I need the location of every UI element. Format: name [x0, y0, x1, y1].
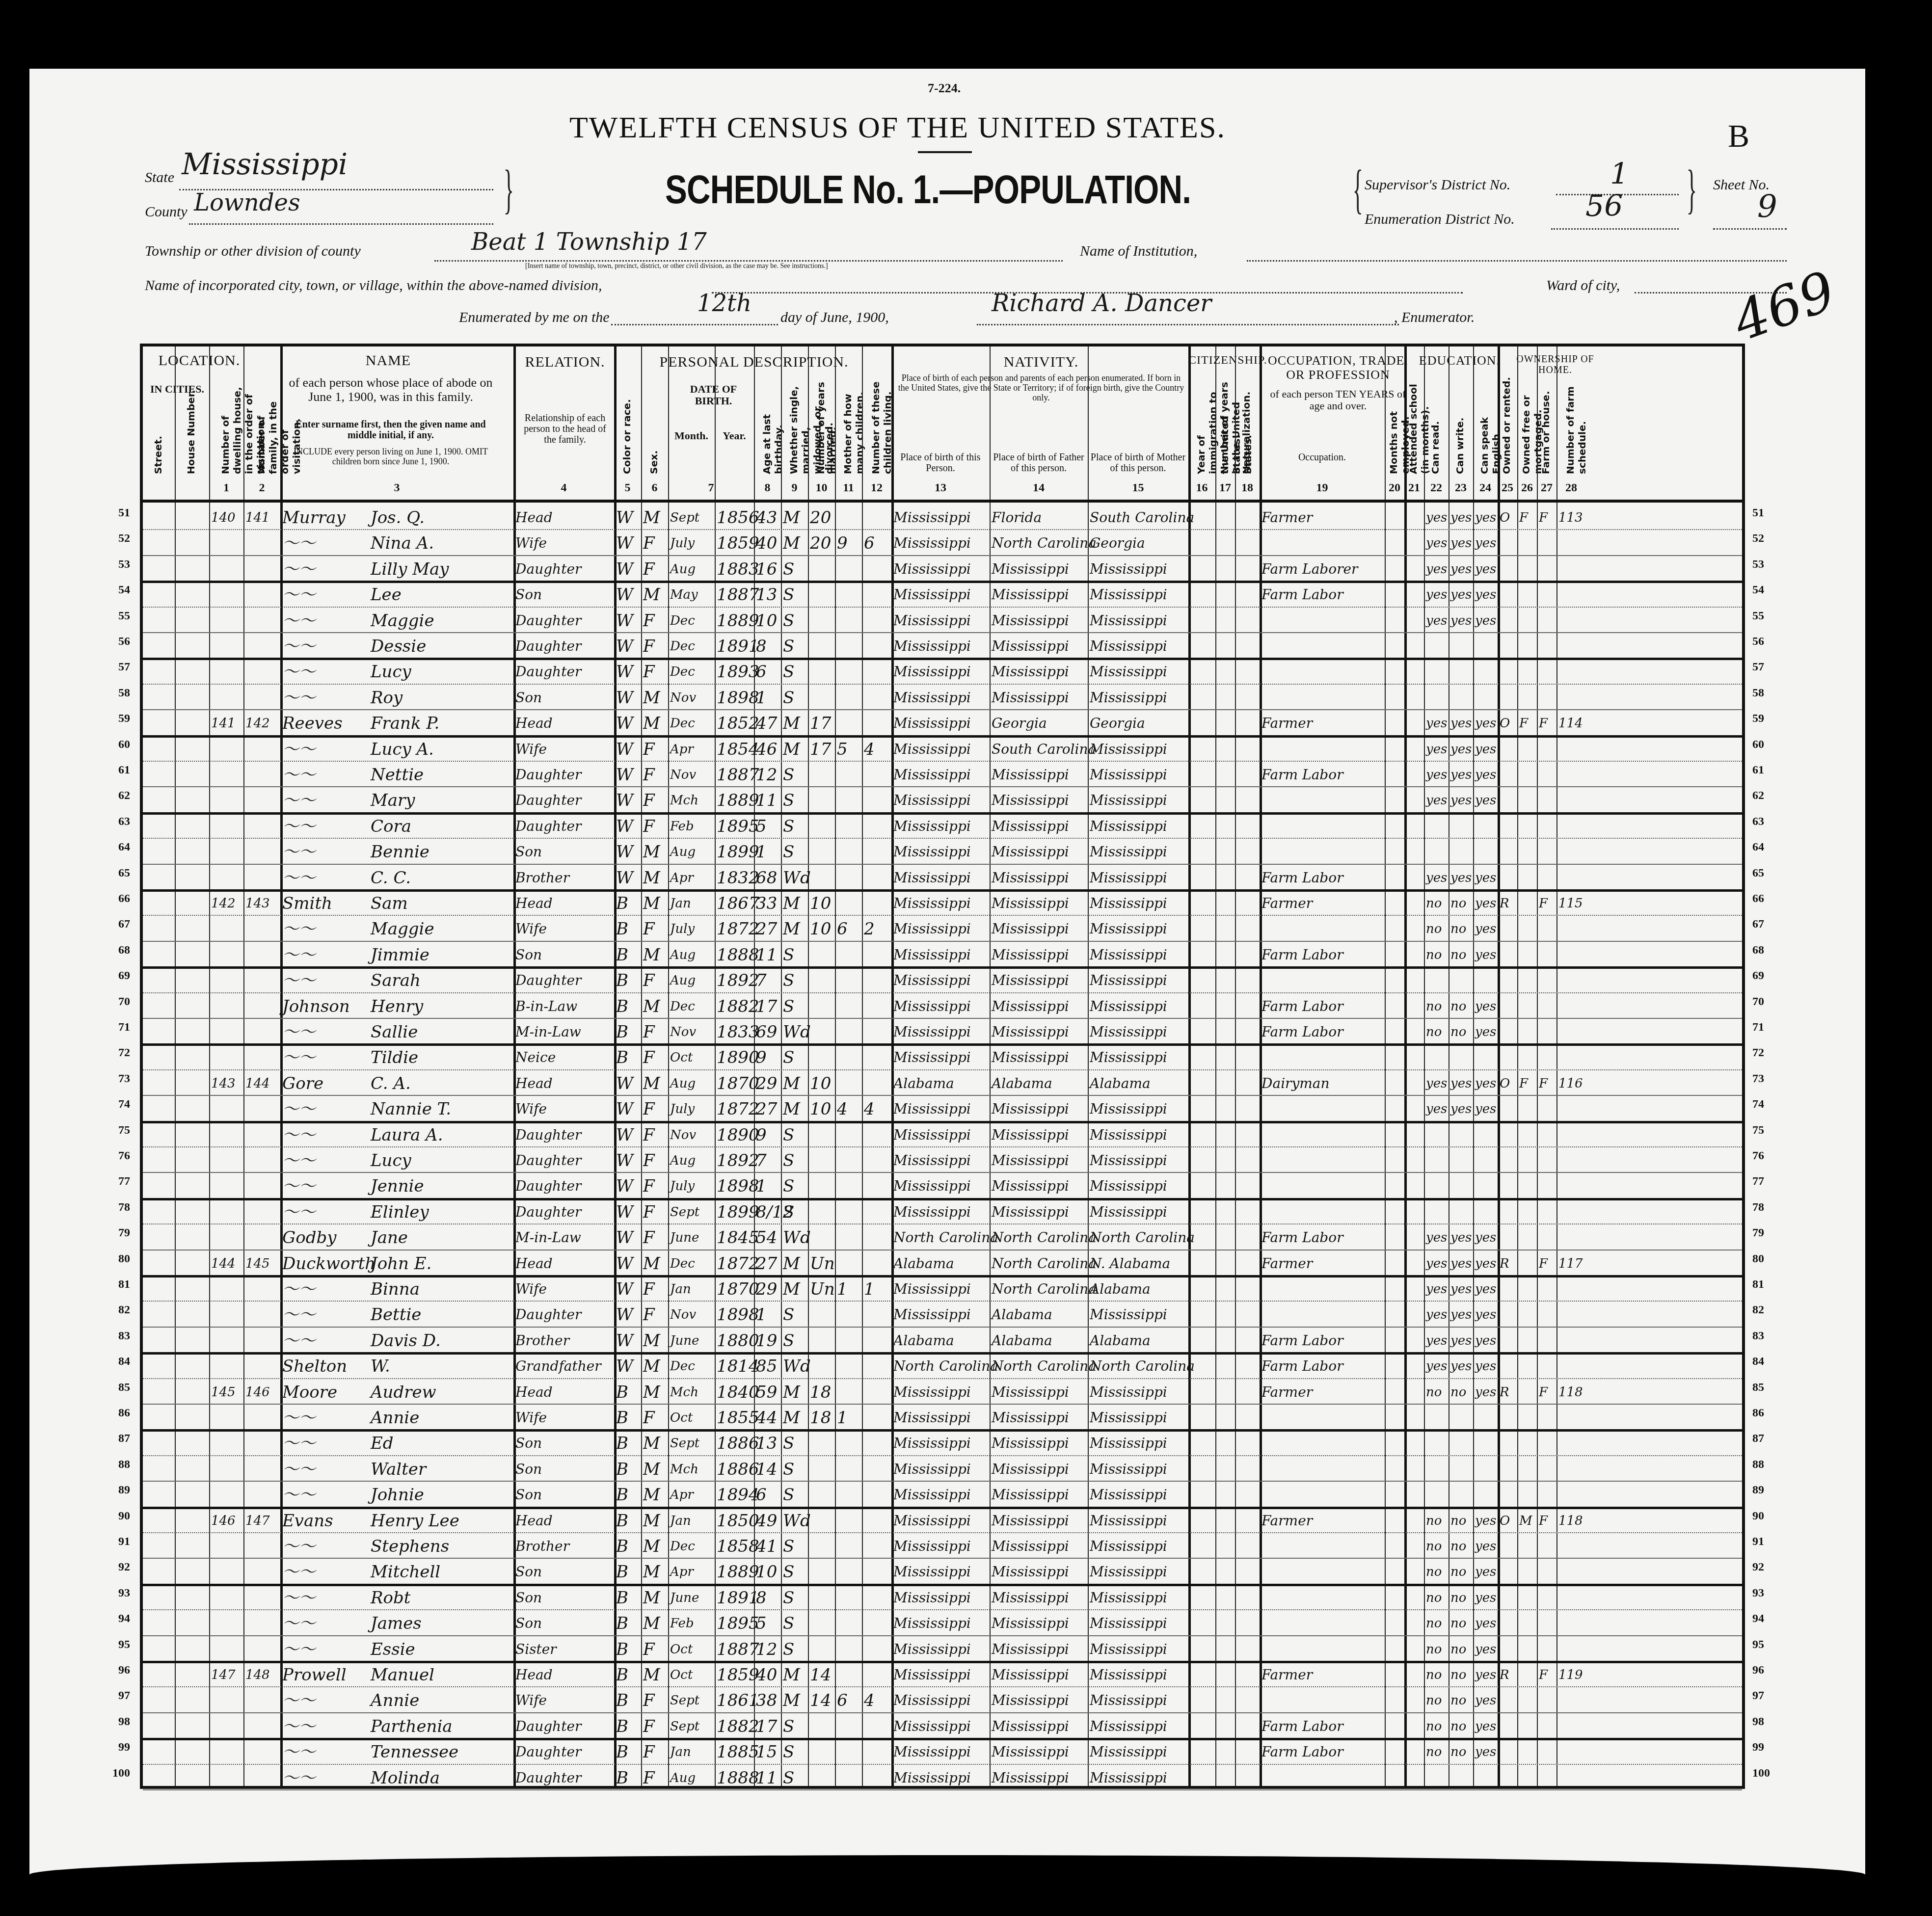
county-label: County [145, 204, 188, 220]
sex-cell: F [643, 966, 667, 992]
dwelling-cell [211, 1738, 242, 1763]
schedule-cell [1558, 1404, 1585, 1429]
birth-cell: Alabama [893, 1250, 989, 1275]
living-cell: 4 [864, 1686, 890, 1712]
given-name: Bennie [371, 842, 429, 862]
yrs-married-cell [810, 1146, 834, 1172]
mother-birth-cell: North Carolina [1090, 1224, 1187, 1249]
name-cell: 〜〜Davis D. [282, 1327, 512, 1352]
owned-cell: R [1500, 1661, 1516, 1686]
mother-of-cell [837, 1532, 861, 1558]
living-cell [864, 1635, 890, 1661]
dwelling-cell [211, 1352, 242, 1378]
father-birth-cell: North Carolina [992, 1352, 1087, 1378]
birth-cell: Mississippi [893, 864, 989, 889]
occupation-cell [1261, 1043, 1384, 1069]
mother-of-cell [837, 1018, 861, 1043]
name-cell: GoreC. A. [282, 1069, 512, 1095]
occupation-cell [1261, 966, 1384, 992]
month-cell: Apr [670, 864, 714, 889]
occupation-cell: Farm Labor [1261, 1018, 1384, 1043]
month-cell: Dec [670, 1250, 714, 1275]
living-cell [864, 1609, 890, 1635]
living-cell: 6 [864, 529, 890, 555]
name-cell: 〜〜Tildie [282, 1043, 512, 1069]
marital-cell: S [783, 1043, 807, 1069]
sex-cell: M [643, 941, 667, 966]
family-cell [245, 684, 279, 709]
father-birth-cell: Mississippi [992, 761, 1087, 786]
schedule-cell [1558, 864, 1585, 889]
yrs-married-cell: Un [810, 1275, 834, 1301]
relation-cell: Head [515, 504, 613, 529]
read-cell [1426, 966, 1448, 992]
schedule-cell [1558, 761, 1585, 786]
month-cell: Aug [670, 1764, 714, 1789]
write-cell [1450, 1198, 1472, 1224]
given-name: Tennessee [371, 1742, 458, 1762]
marital-cell: S [783, 684, 807, 709]
year-cell: 1855 [717, 1404, 753, 1429]
english-cell: yes [1475, 1584, 1497, 1609]
occupation-cell: Farm Labor [1261, 1224, 1384, 1249]
table-row: 〜〜JamesSonBMFeb18955SMississippiMississi… [143, 1609, 1742, 1636]
family-cell [245, 1481, 279, 1506]
free-cell [1519, 1584, 1536, 1609]
form-code: 7-224. [928, 81, 961, 96]
father-birth-cell: Mississippi [992, 1532, 1087, 1558]
family-cell [245, 1352, 279, 1378]
age-cell: 19 [756, 1327, 780, 1352]
write-cell: no [1450, 1661, 1472, 1686]
write-cell: no [1450, 1378, 1472, 1404]
dwelling-cell: 141 [211, 709, 242, 735]
race-cell: W [616, 1250, 640, 1275]
race-cell: B [616, 941, 640, 966]
race-cell: W [616, 1327, 640, 1352]
occupation-cell: Farm Labor [1261, 1738, 1384, 1763]
english-cell: yes [1475, 1507, 1497, 1532]
free-cell [1519, 1121, 1536, 1146]
english-cell [1475, 1121, 1497, 1146]
birth-cell: Mississippi [893, 1404, 989, 1429]
age-cell: 40 [756, 529, 780, 555]
occupation-cell [1261, 1429, 1384, 1455]
enumerated-middle: day of June, 1900, [780, 309, 889, 326]
relation-cell: Neice [515, 1043, 613, 1069]
given-name: Jane [371, 1228, 408, 1248]
write-cell [1450, 966, 1472, 992]
english-cell: yes [1475, 1224, 1497, 1249]
read-cell: yes [1426, 1069, 1448, 1095]
mother-birth-cell: Alabama [1090, 1069, 1187, 1095]
mother-of-cell [837, 658, 861, 683]
title-ornament [918, 151, 972, 153]
owned-cell [1500, 1095, 1516, 1120]
free-cell: M [1519, 1507, 1536, 1532]
owned-cell [1500, 1686, 1516, 1712]
relation-cell: Daughter [515, 1198, 613, 1224]
relation-cell: Son [515, 581, 613, 606]
line-number: 69 [106, 969, 130, 983]
given-name: Annie [371, 1408, 419, 1428]
mother-of-cell [837, 761, 861, 786]
farm-cell: F [1539, 1250, 1556, 1275]
given-name: Dessie [371, 637, 426, 656]
living-cell [864, 1455, 890, 1481]
dwelling-cell: 147 [211, 1661, 242, 1686]
birth-cell: Mississippi [893, 1507, 989, 1532]
table-row: 〜〜BinnaWifeWFJan187029MUn11MississippiNo… [143, 1275, 1742, 1302]
mother-birth-cell: Georgia [1090, 529, 1187, 555]
name-cell: 〜〜Johnie [282, 1481, 512, 1506]
marital-cell: S [783, 1172, 807, 1197]
marital-cell: M [783, 1275, 807, 1301]
name-cell: 〜〜Maggie [282, 607, 512, 632]
owned-cell [1500, 1635, 1516, 1661]
relation-cell: Wife [515, 1686, 613, 1712]
name-cell: SmithSam [282, 889, 512, 915]
year-cell: 1889 [717, 607, 753, 632]
relation-cell: Daughter [515, 1712, 613, 1738]
living-cell [864, 1069, 890, 1095]
surname: 〜〜 [282, 1429, 371, 1458]
mother-birth-cell: Mississippi [1090, 1018, 1187, 1043]
given-name: Davis D. [371, 1331, 441, 1351]
line-number: 62 [106, 789, 130, 802]
enumeration-label: Enumeration District No. [1365, 211, 1515, 228]
schedule-cell [1558, 915, 1585, 940]
column-label: Place of birth of this Person. [891, 452, 990, 474]
month-cell: Sept [670, 1712, 714, 1738]
month-cell: Aug [670, 555, 714, 581]
given-name: Binna [371, 1279, 420, 1299]
name-cell: 〜〜C. C. [282, 864, 512, 889]
family-cell [245, 1558, 279, 1583]
line-number: 63 [106, 815, 130, 828]
free-cell [1519, 735, 1536, 761]
age-cell: 33 [756, 889, 780, 915]
mother-birth-cell: Alabama [1090, 1327, 1187, 1352]
race-cell: W [616, 632, 640, 658]
name-cell: 〜〜Sarah [282, 966, 512, 992]
year-cell: 1883 [717, 555, 753, 581]
race-cell: W [616, 1146, 640, 1172]
read-cell: yes [1426, 607, 1448, 632]
read-cell: no [1426, 1558, 1448, 1583]
line-number: 98 [106, 1715, 130, 1729]
age-cell: 27 [756, 1095, 780, 1120]
farm-cell: F [1539, 1661, 1556, 1686]
birth-cell: Mississippi [893, 709, 989, 735]
group-nativity: NATIVITY. [894, 354, 1188, 370]
farm-cell [1539, 1172, 1556, 1197]
read-cell: no [1426, 1018, 1448, 1043]
mother-birth-cell: Mississippi [1090, 607, 1187, 632]
english-cell [1475, 1043, 1497, 1069]
schedule-cell [1558, 812, 1585, 838]
father-birth-cell: Mississippi [992, 1764, 1087, 1789]
age-cell: 11 [756, 786, 780, 812]
surname: 〜〜 [282, 1121, 371, 1149]
line-number: 100 [1752, 1767, 1770, 1780]
line-number: 86 [106, 1407, 130, 1420]
line-number: 94 [1752, 1612, 1764, 1625]
english-cell: yes [1475, 1738, 1497, 1763]
supervisor-value: 1 [1610, 157, 1629, 191]
month-cell: Dec [670, 632, 714, 658]
month-cell: Nov [670, 761, 714, 786]
read-cell: yes [1426, 581, 1448, 606]
table-row: 〜〜TildieNeiceBFOct18909SMississippiMissi… [143, 1043, 1742, 1070]
free-cell [1519, 1275, 1536, 1301]
given-name: Henry [371, 997, 423, 1016]
owned-cell [1500, 735, 1516, 761]
relation-cell: Daughter [515, 1146, 613, 1172]
living-cell [864, 1352, 890, 1378]
write-cell: yes [1450, 1250, 1472, 1275]
owned-cell [1500, 1404, 1516, 1429]
surname: Duckworth [282, 1250, 371, 1278]
yrs-married-cell: 18 [810, 1378, 834, 1404]
column-label: Farm or house. [1540, 376, 1552, 474]
marital-cell: S [783, 1558, 807, 1583]
father-birth-cell: Mississippi [992, 607, 1087, 632]
write-cell: yes [1450, 555, 1472, 581]
free-cell: F [1519, 1069, 1536, 1095]
dob-year-label: Year. [715, 430, 754, 442]
english-cell [1475, 1198, 1497, 1224]
sex-cell: F [643, 1146, 667, 1172]
name-cell: 〜〜Molinda [282, 1764, 512, 1789]
age-cell: 1 [756, 838, 780, 863]
marital-cell: S [783, 1584, 807, 1609]
race-cell: B [616, 889, 640, 915]
ward-label: Ward of city, [1546, 277, 1620, 294]
enumerator-name: Richard A. Dancer [992, 290, 1211, 317]
occupation-cell [1261, 684, 1384, 709]
schedule-cell [1558, 1455, 1585, 1481]
table-row: 〜〜Lucy A.WifeWFApr185446M1754Mississippi… [143, 735, 1742, 762]
read-cell [1426, 1455, 1448, 1481]
occupation-cell: Farmer [1261, 1378, 1384, 1404]
free-cell [1519, 1455, 1536, 1481]
read-cell: yes [1426, 1327, 1448, 1352]
column-number: 18 [1235, 481, 1260, 495]
year-cell: 1895 [717, 812, 753, 838]
relation-cell: Wife [515, 915, 613, 940]
birth-cell: Mississippi [893, 1172, 989, 1197]
sex-cell: F [643, 1404, 667, 1429]
living-cell: 4 [864, 1095, 890, 1120]
marital-cell: M [783, 915, 807, 940]
occupation-cell: Farmer [1261, 1250, 1384, 1275]
yrs-married-cell [810, 1018, 834, 1043]
english-cell: yes [1475, 709, 1497, 735]
free-cell [1519, 1429, 1536, 1455]
race-cell: B [616, 1661, 640, 1686]
name-cell: 〜〜Nettie [282, 761, 512, 786]
sex-cell: M [643, 1429, 667, 1455]
birth-cell: Mississippi [893, 1301, 989, 1326]
english-cell: yes [1475, 1327, 1497, 1352]
read-cell [1426, 1481, 1448, 1506]
english-cell [1475, 1455, 1497, 1481]
write-cell [1450, 632, 1472, 658]
yrs-married-cell [810, 555, 834, 581]
given-name: Lucy [371, 1151, 411, 1171]
mother-birth-cell: Mississippi [1090, 1455, 1187, 1481]
occupation-cell: Farm Labor [1261, 864, 1384, 889]
year-cell: 1891 [717, 632, 753, 658]
marital-cell: S [783, 1455, 807, 1481]
race-cell: W [616, 1275, 640, 1301]
read-cell: no [1426, 1378, 1448, 1404]
table-row: 〜〜RoySonWMNov18981SMississippiMississipp… [143, 684, 1742, 710]
line-number: 65 [1752, 867, 1764, 880]
father-birth-cell: Mississippi [992, 1172, 1087, 1197]
race-cell: B [616, 1404, 640, 1429]
write-cell [1450, 1764, 1472, 1789]
schedule-cell [1558, 966, 1585, 992]
marital-cell: S [783, 632, 807, 658]
population-table: LOCATION. IN CITIES. NAME of each person… [140, 344, 1745, 1789]
age-cell: 12 [756, 1635, 780, 1661]
line-number: 51 [1752, 506, 1764, 520]
birth-cell: Mississippi [893, 786, 989, 812]
line-number: 92 [1752, 1561, 1764, 1574]
age-cell: 27 [756, 915, 780, 940]
race-cell: B [616, 992, 640, 1018]
line-number: 69 [1752, 969, 1764, 983]
yrs-married-cell [810, 992, 834, 1018]
schedule-cell [1558, 529, 1585, 555]
year-cell: 1886 [717, 1455, 753, 1481]
father-birth-cell: Alabama [992, 1069, 1087, 1095]
line-number: 61 [1752, 764, 1764, 777]
line-number: 76 [106, 1149, 130, 1163]
birth-cell: Mississippi [893, 1198, 989, 1224]
schedule-cell [1558, 838, 1585, 863]
name-cell: JohnsonHenry [282, 992, 512, 1018]
schedule-cell [1558, 1738, 1585, 1763]
birth-cell: Mississippi [893, 1455, 989, 1481]
line-number: 64 [106, 841, 130, 854]
line-number: 78 [106, 1201, 130, 1214]
dwelling-cell: 140 [211, 504, 242, 529]
yrs-married-cell [810, 1043, 834, 1069]
age-cell: 41 [756, 1532, 780, 1558]
column-number: 5 [614, 481, 641, 495]
sex-cell: M [643, 864, 667, 889]
month-cell: Nov [670, 1018, 714, 1043]
month-cell: Aug [670, 1069, 714, 1095]
yrs-married-cell [810, 1198, 834, 1224]
write-cell [1450, 1404, 1472, 1429]
schedule-cell [1558, 1609, 1585, 1635]
living-cell [864, 1712, 890, 1738]
given-name: Nina A. [371, 533, 434, 553]
column-number: 20 [1385, 481, 1404, 495]
given-name: C. A. [371, 1074, 411, 1093]
schedule-cell [1558, 1018, 1585, 1043]
occupation-cell: Dairyman [1261, 1069, 1384, 1095]
english-cell: yes [1475, 786, 1497, 812]
marital-cell: M [783, 529, 807, 555]
english-cell: yes [1475, 941, 1497, 966]
line-number: 60 [1752, 738, 1764, 751]
schedule-cell [1558, 1558, 1585, 1583]
family-cell [245, 838, 279, 863]
sex-cell: F [643, 1095, 667, 1120]
mother-birth-cell: Mississippi [1090, 632, 1187, 658]
write-cell: yes [1450, 581, 1472, 606]
free-cell [1519, 941, 1536, 966]
line-number: 72 [1752, 1046, 1764, 1060]
table-row: 〜〜LeeSonWMMay188713SMississippiMississip… [143, 581, 1742, 607]
line-number: 56 [106, 635, 130, 648]
owned-cell [1500, 1018, 1516, 1043]
age-cell: 1 [756, 684, 780, 709]
surname: 〜〜 [282, 1635, 371, 1664]
given-name: Frank P. [371, 714, 439, 733]
sex-cell: F [643, 1738, 667, 1763]
institution-line [1247, 260, 1787, 262]
year-cell: 1882 [717, 992, 753, 1018]
mother-birth-cell: Mississippi [1090, 812, 1187, 838]
month-cell: June [670, 1584, 714, 1609]
marital-cell: S [783, 555, 807, 581]
living-cell: 2 [864, 915, 890, 940]
schedule-cell [1558, 1146, 1585, 1172]
mother-of-cell [837, 1712, 861, 1738]
relation-cell: Daughter [515, 1172, 613, 1197]
sheet-no-value: 9 [1757, 189, 1777, 225]
relation-cell: Daughter [515, 555, 613, 581]
age-cell: 6 [756, 1481, 780, 1506]
occupation-cell: Farmer [1261, 1661, 1384, 1686]
read-cell: yes [1426, 1301, 1448, 1326]
family-cell [245, 1146, 279, 1172]
dwelling-cell [211, 812, 242, 838]
read-cell [1426, 658, 1448, 683]
yrs-married-cell: 17 [810, 735, 834, 761]
owned-cell [1500, 1738, 1516, 1763]
marital-cell: Wd [783, 864, 807, 889]
write-cell: no [1450, 1584, 1472, 1609]
mother-of-cell [837, 1121, 861, 1146]
schedule-cell [1558, 1198, 1585, 1224]
living-cell [864, 889, 890, 915]
yrs-married-cell [810, 1558, 834, 1583]
line-number: 93 [1752, 1587, 1764, 1600]
father-birth-cell: Mississippi [992, 864, 1087, 889]
mother-birth-cell: Mississippi [1090, 1738, 1187, 1763]
father-birth-cell: North Carolina [992, 1250, 1087, 1275]
relation-cell: Son [515, 684, 613, 709]
owned-cell: O [1500, 1069, 1516, 1095]
farm-cell [1539, 786, 1556, 812]
column-number: 1 [209, 481, 243, 495]
given-name: Lee [371, 585, 402, 605]
month-cell: July [670, 1095, 714, 1120]
free-cell [1519, 1404, 1536, 1429]
relation-cell: Daughter [515, 658, 613, 683]
yrs-married-cell [810, 1455, 834, 1481]
given-name: Molinda [371, 1768, 440, 1788]
living-cell [864, 555, 890, 581]
relation-cell: Son [515, 1558, 613, 1583]
